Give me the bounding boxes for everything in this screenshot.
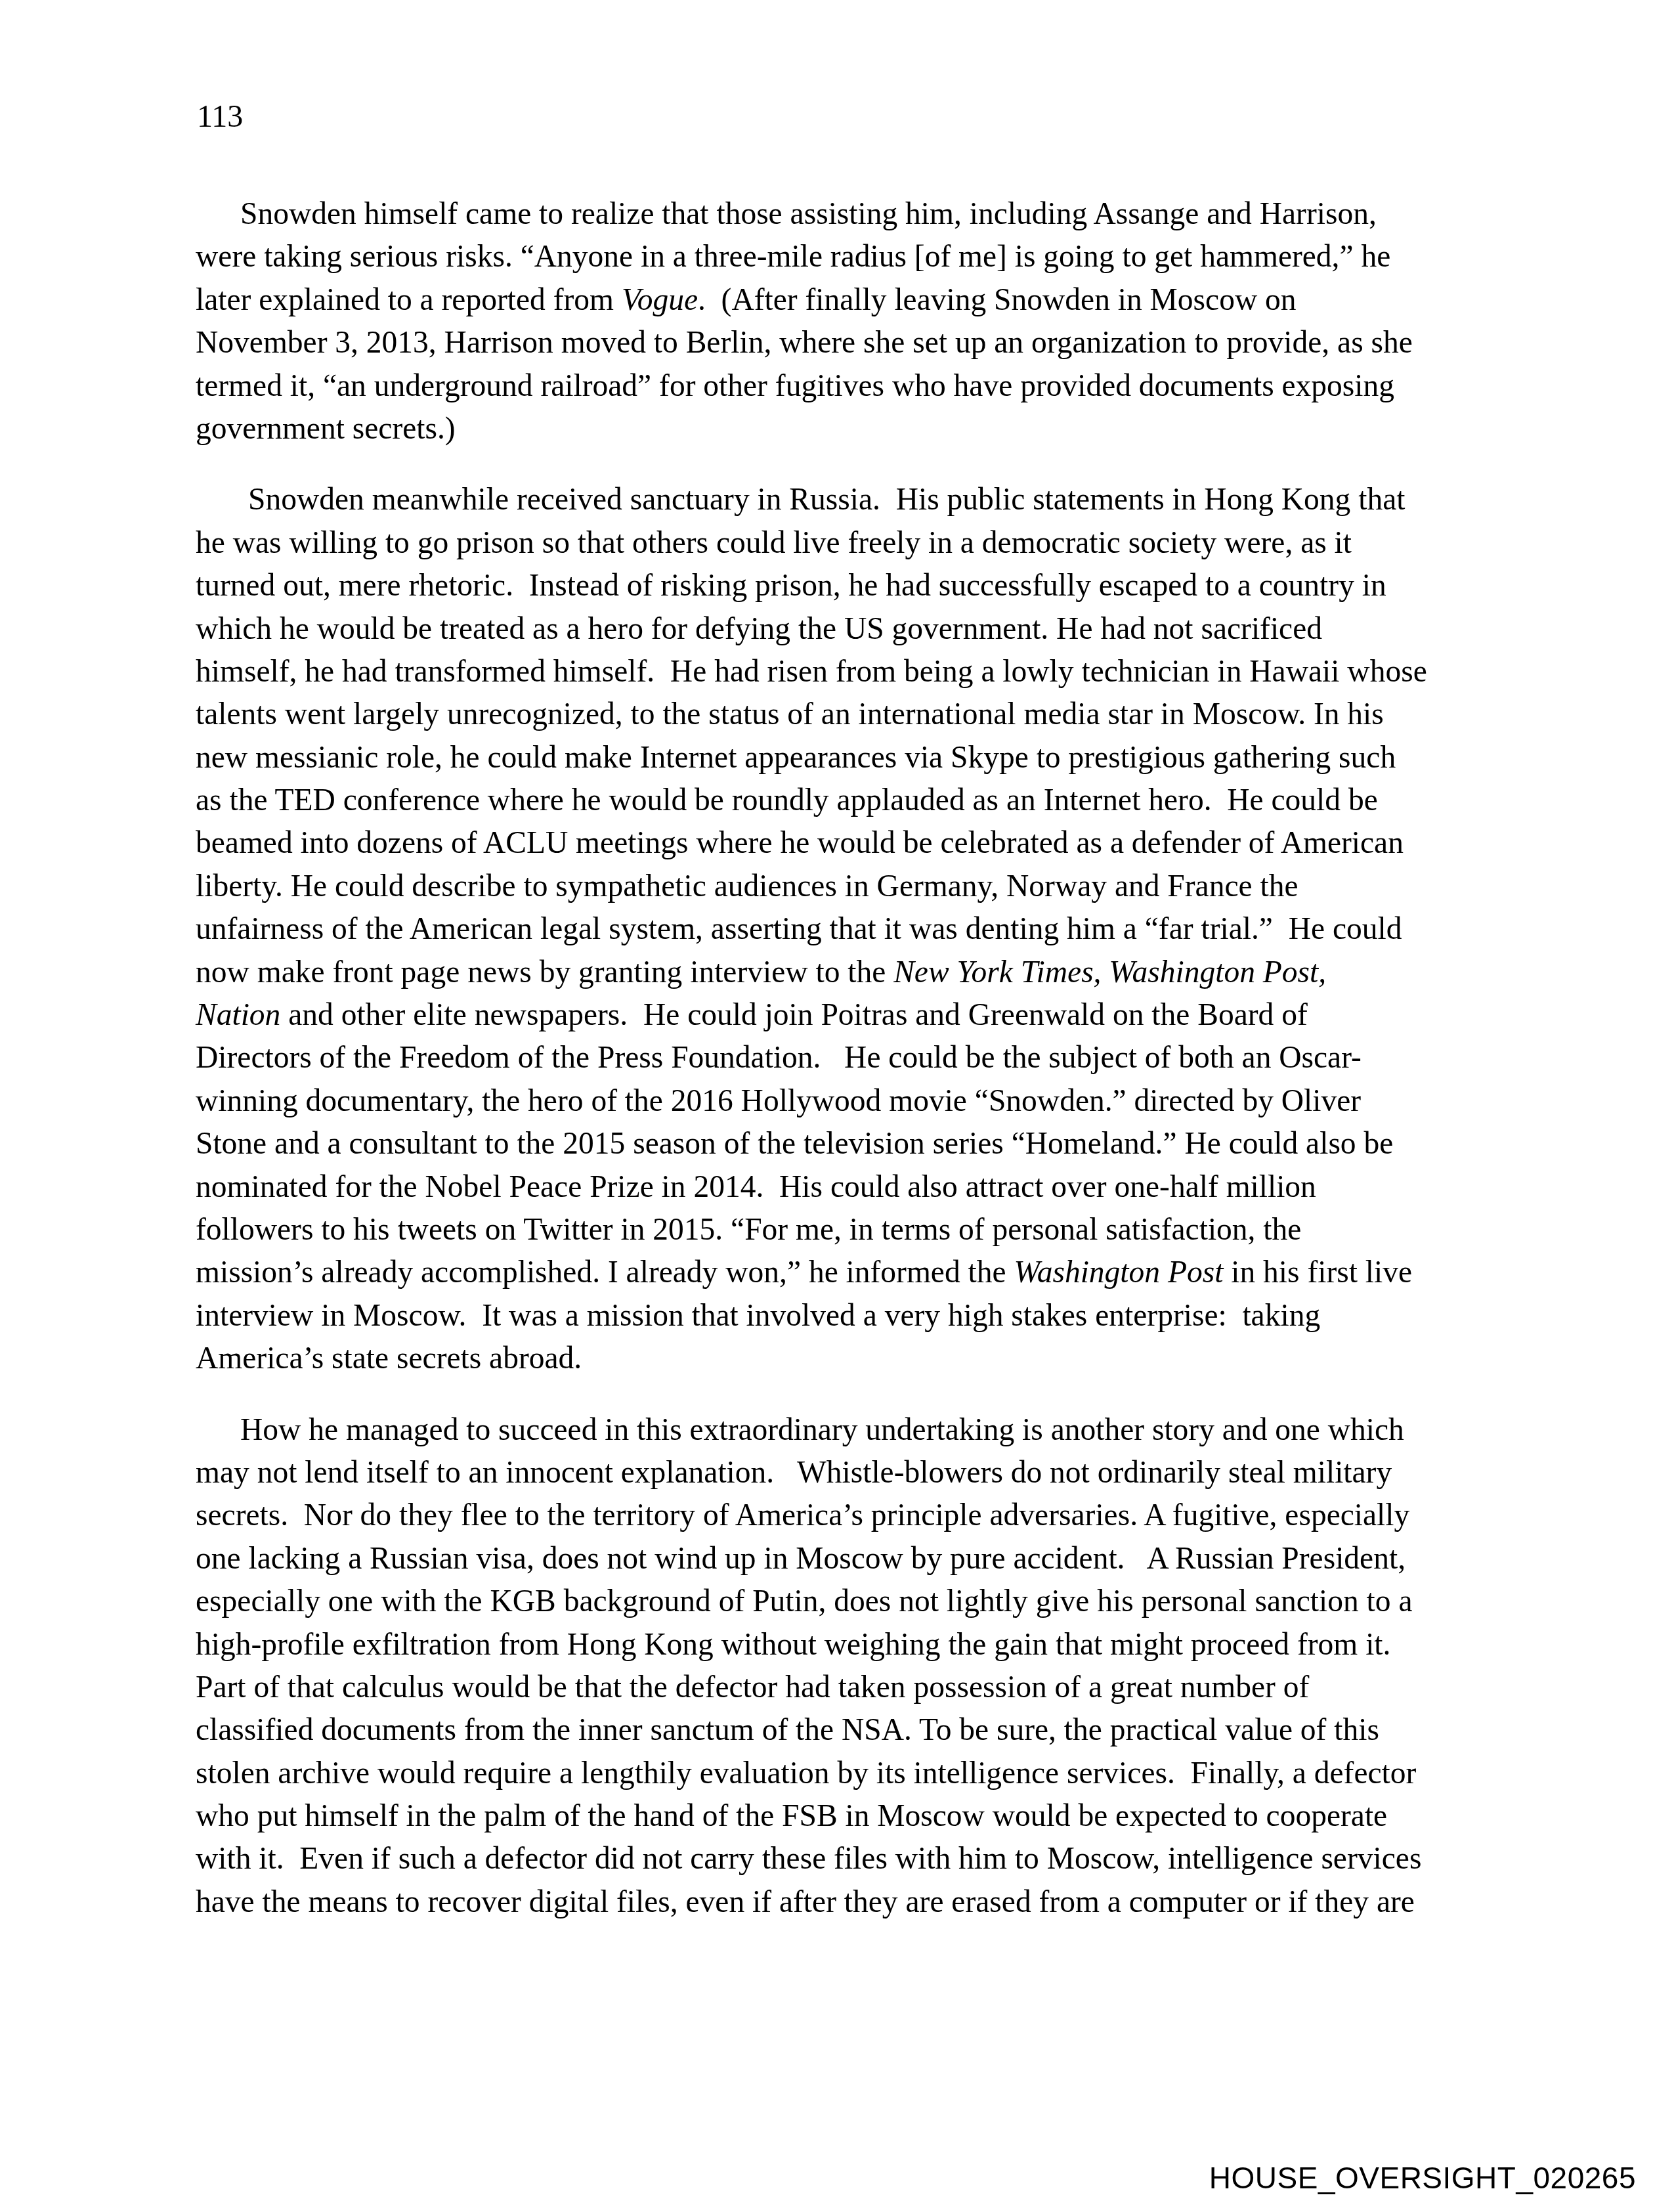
body-text: Snowden himself came to realize that tho… bbox=[196, 193, 1502, 1952]
paragraph-1: Snowden himself came to realize that tho… bbox=[196, 193, 1502, 450]
text-line: were taking serious risks. “Anyone in a … bbox=[196, 236, 1502, 278]
text-line: termed it, “an underground railroad” for… bbox=[196, 365, 1502, 408]
italic-title-vogue: Vogue bbox=[622, 283, 698, 317]
text-line: unfairness of the American legal system,… bbox=[196, 908, 1502, 951]
text-line: have the means to recover digital files,… bbox=[196, 1881, 1502, 1924]
text-line: Snowden himself came to realize that tho… bbox=[196, 193, 1502, 236]
text-line: himself, he had transformed himself. He … bbox=[196, 651, 1502, 693]
italic-newspaper-titles: New York Times, Washington Post, bbox=[893, 955, 1326, 989]
document-page: 113 Snowden himself came to realize that… bbox=[0, 0, 1674, 2212]
text-line: high-profile exfiltration from Hong Kong… bbox=[196, 1624, 1502, 1666]
text-line: who put himself in the palm of the hand … bbox=[196, 1795, 1502, 1838]
text-line: interview in Moscow. It was a mission th… bbox=[196, 1295, 1502, 1337]
text-line: mission’s already accomplished. I alread… bbox=[196, 1251, 1502, 1294]
paragraph-2: Snowden meanwhile received sanctuary in … bbox=[196, 479, 1502, 1380]
text-line: especially one with the KGB background o… bbox=[196, 1580, 1502, 1623]
text-line: which he would be treated as a hero for … bbox=[196, 608, 1502, 651]
text-line: may not lend itself to an innocent expla… bbox=[196, 1452, 1502, 1494]
text-line: as the TED conference where he would be … bbox=[196, 779, 1502, 822]
text-line: one lacking a Russian visa, does not win… bbox=[196, 1538, 1502, 1580]
italic-title-nation: Nation bbox=[196, 998, 280, 1032]
text-line: followers to his tweets on Twitter in 20… bbox=[196, 1209, 1502, 1251]
text-line: Snowden meanwhile received sanctuary in … bbox=[196, 479, 1502, 521]
paragraph-3: How he managed to succeed in this extrao… bbox=[196, 1409, 1502, 1924]
text-line: November 3, 2013, Harrison moved to Berl… bbox=[196, 322, 1502, 364]
text-line: America’s state secrets abroad. bbox=[196, 1337, 1502, 1380]
text-line: new messianic role, he could make Intern… bbox=[196, 737, 1502, 779]
text-line: he was willing to go prison so that othe… bbox=[196, 522, 1502, 565]
text-line: liberty. He could describe to sympatheti… bbox=[196, 865, 1502, 908]
text-line: nominated for the Nobel Peace Prize in 2… bbox=[196, 1166, 1502, 1209]
text-line: classified documents from the inner sanc… bbox=[196, 1709, 1502, 1752]
text-line: turned out, mere rhetoric. Instead of ri… bbox=[196, 565, 1502, 607]
text-line: government secrets.) bbox=[196, 408, 1502, 450]
text-line: How he managed to succeed in this extrao… bbox=[196, 1409, 1502, 1452]
text-line: winning documentary, the hero of the 201… bbox=[196, 1080, 1502, 1123]
text-line: secrets. Nor do they flee to the territo… bbox=[196, 1494, 1502, 1537]
text-line: later explained to a reported from Vogue… bbox=[196, 279, 1502, 322]
text-line: with it. Even if such a defector did not… bbox=[196, 1838, 1502, 1880]
text-line: Nation and other elite newspapers. He co… bbox=[196, 994, 1502, 1037]
page-number: 113 bbox=[197, 98, 243, 135]
text-line: beamed into dozens of ACLU meetings wher… bbox=[196, 822, 1502, 865]
text-line: now make front page news by granting int… bbox=[196, 951, 1502, 994]
text-line: Part of that calculus would be that the … bbox=[196, 1666, 1502, 1709]
text-line: Directors of the Freedom of the Press Fo… bbox=[196, 1037, 1502, 1079]
text-line: talents went largely unrecognized, to th… bbox=[196, 693, 1502, 736]
text-line: stolen archive would require a lengthily… bbox=[196, 1752, 1502, 1795]
text-line: Stone and a consultant to the 2015 seaso… bbox=[196, 1123, 1502, 1165]
bates-stamp: HOUSE_OVERSIGHT_020265 bbox=[1209, 2160, 1636, 2196]
italic-title-washington-post: Washington Post bbox=[1014, 1255, 1223, 1290]
